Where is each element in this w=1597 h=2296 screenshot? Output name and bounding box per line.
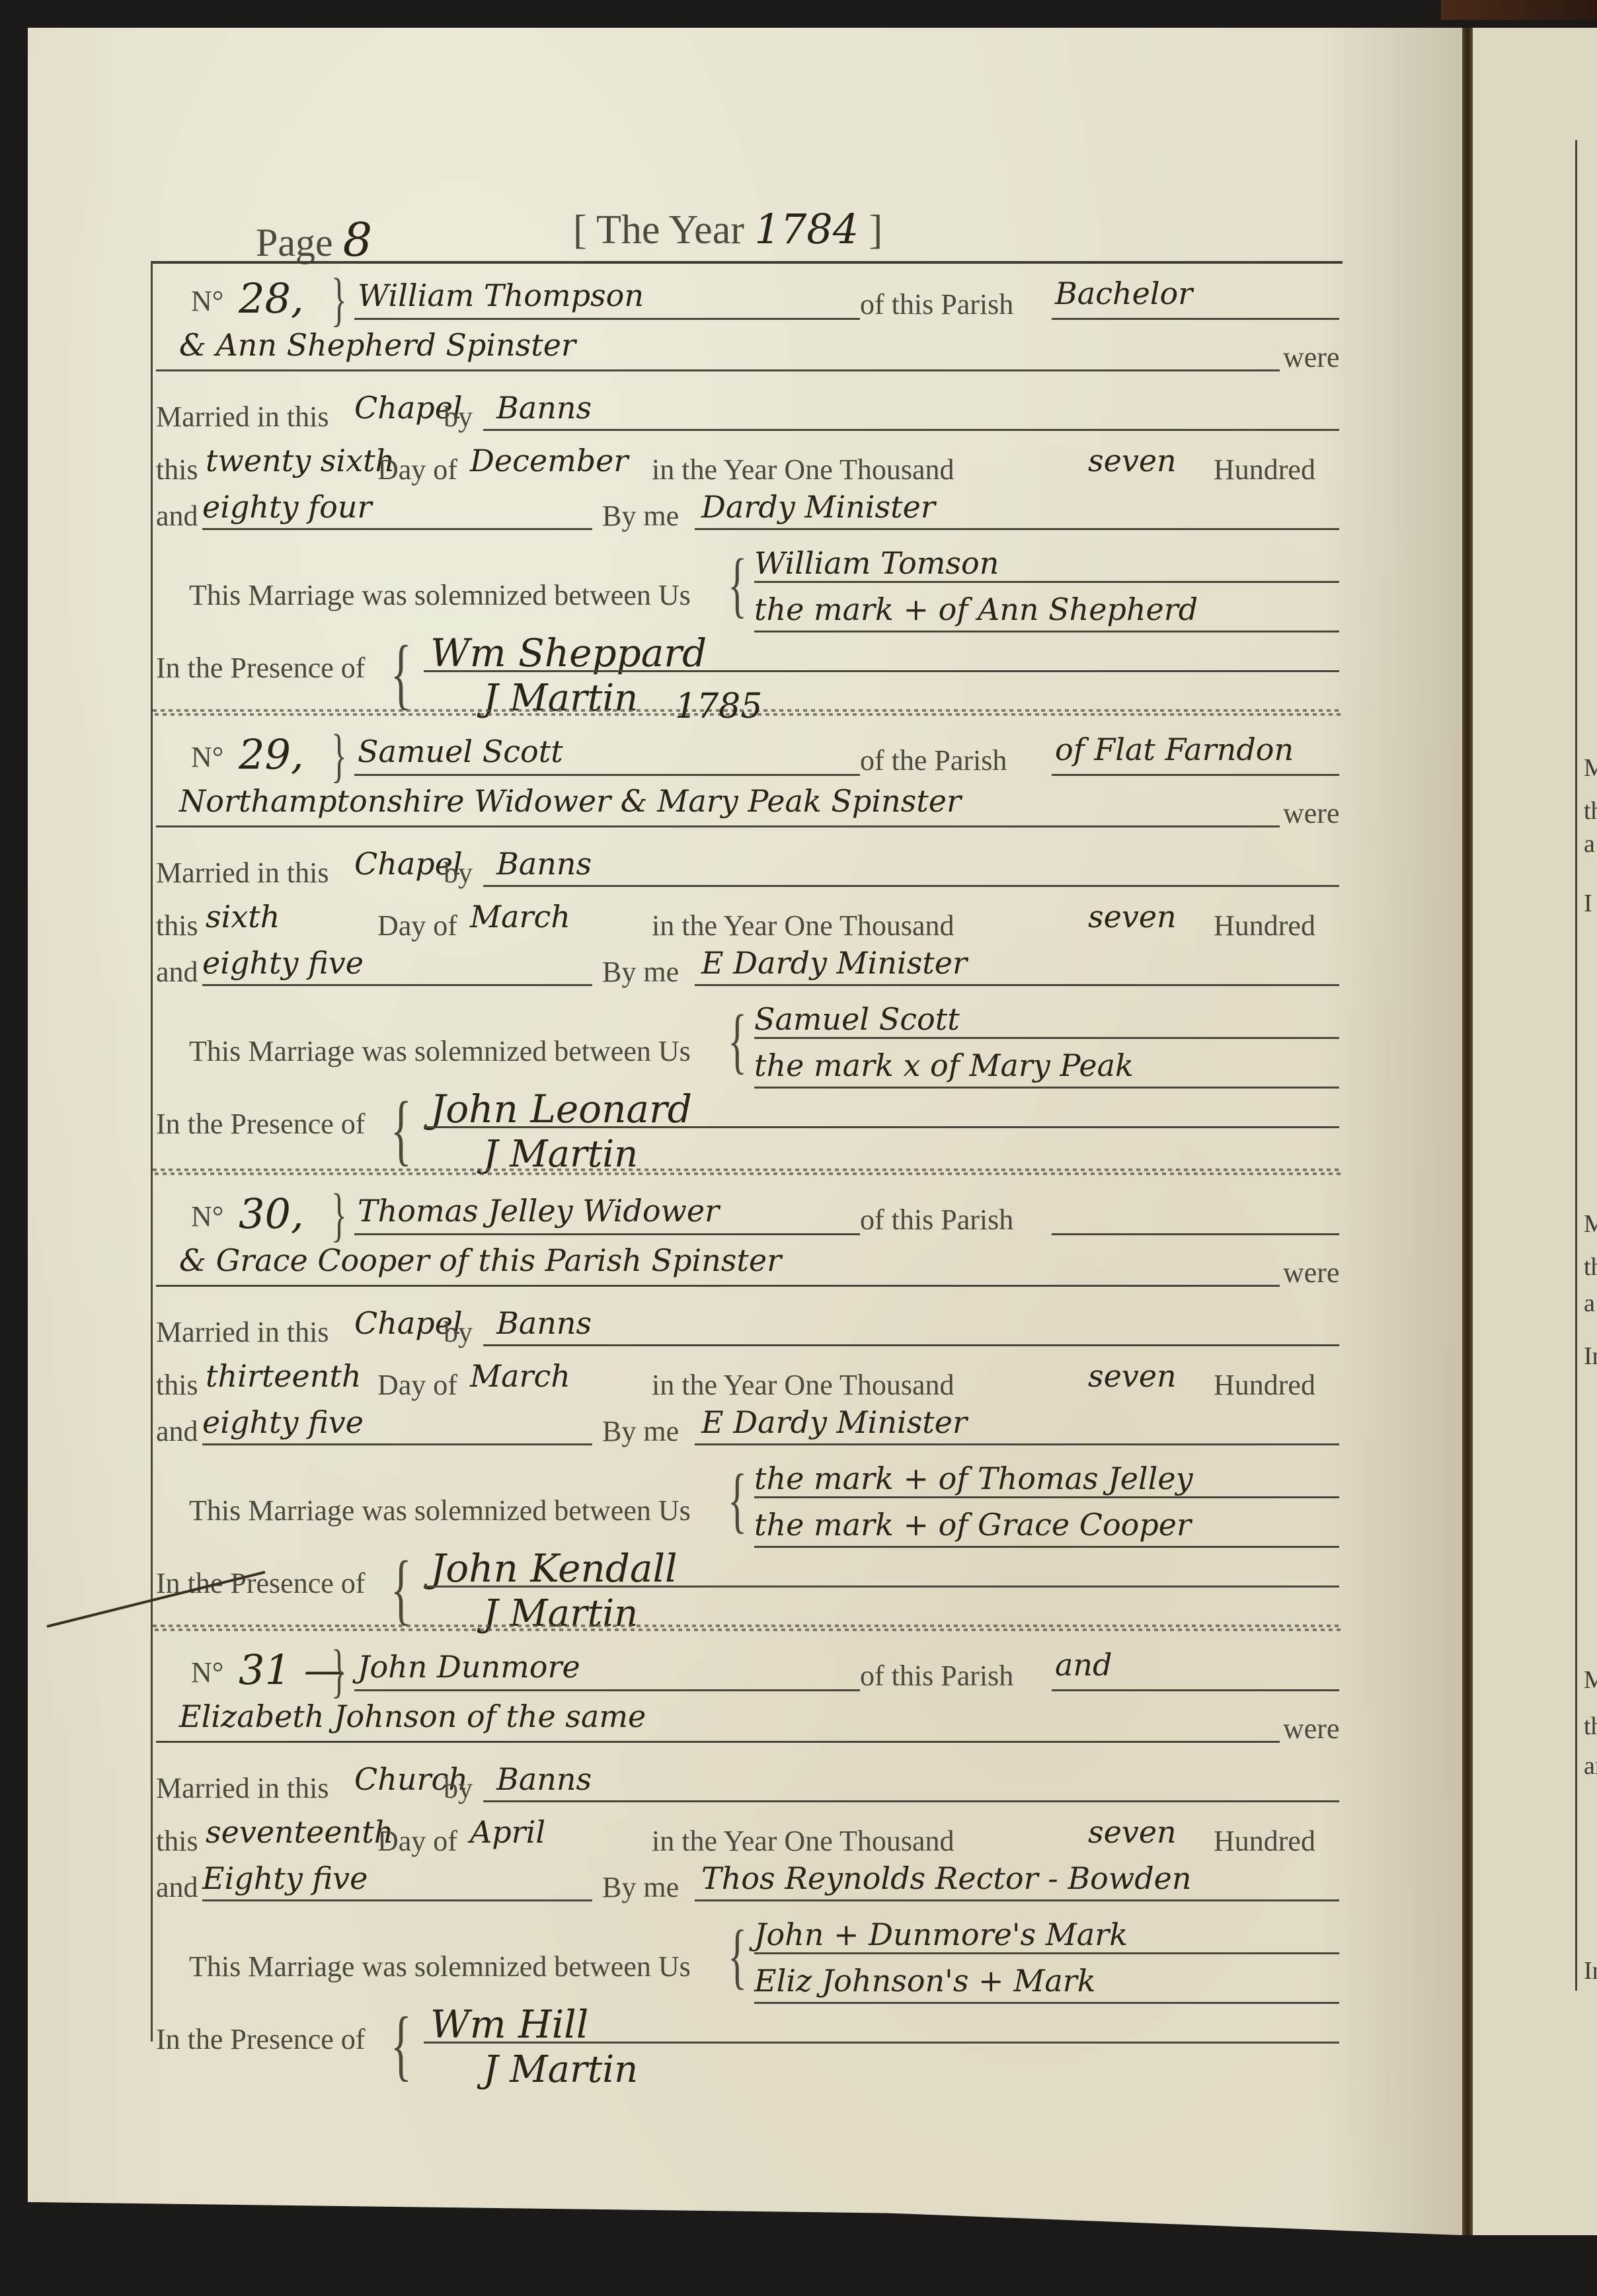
by-label: by	[444, 1318, 473, 1347]
marriage-month: December	[470, 445, 628, 476]
officiant: E Dardy Minister	[701, 948, 967, 978]
solemnized-label: This Marriage was solemnized between Us	[189, 1496, 691, 1525]
brace: {	[728, 1463, 747, 1536]
status-line	[1052, 1233, 1339, 1235]
groom-status: Bachelor	[1055, 278, 1192, 309]
bride-line: Elizabeth Johnson of the same	[179, 1701, 646, 1732]
were-label: were	[1283, 343, 1340, 372]
brace: }	[331, 726, 347, 786]
signature-2: the mark + of Ann Shepherd	[754, 594, 1198, 625]
by-label: by	[444, 402, 473, 432]
presence-label: In the Presence of	[156, 654, 365, 683]
bride-line: & Ann Shepherd Spinster	[179, 330, 576, 360]
bride-line: & Grace Cooper of this Parish Spinster	[179, 1245, 781, 1276]
marriage-by: Banns	[496, 393, 592, 423]
this-label: this	[156, 911, 198, 940]
witness-2: J Martin	[483, 2051, 638, 2088]
by-line	[483, 885, 1339, 887]
officiant: Thos Reynolds Rector - Bowden	[701, 1863, 1192, 1894]
groom-name: John Dunmore	[358, 1652, 580, 1682]
marriage-day: seventeenth	[206, 1817, 393, 1847]
brace: }	[331, 1186, 347, 1245]
brace: {	[391, 1090, 412, 1169]
by-line	[483, 429, 1339, 431]
marriage-by: Banns	[496, 1308, 592, 1338]
witness-1: Wm Hill	[430, 2005, 588, 2044]
signature-1: William Tomson	[754, 548, 999, 578]
adjacent-page-edge: MthaIMthaInMthanIn	[1473, 28, 1597, 2235]
marriage-month: April	[470, 1817, 545, 1847]
presence-label: In the Presence of	[156, 1110, 365, 1139]
groom-line	[354, 1689, 860, 1691]
by-me-label: By me	[602, 1417, 679, 1446]
married-in-label: Married in this	[156, 1774, 329, 1803]
signature-2-line	[754, 2002, 1339, 2004]
entry-number-prefix: N°	[191, 1658, 223, 1687]
groom-name: William Thompson	[358, 280, 644, 311]
signature-2: the mark + of Grace Cooper	[754, 1510, 1191, 1540]
ornamental-separator	[153, 1167, 1343, 1176]
year-hundreds: seven	[1088, 1817, 1177, 1847]
signature-1-line	[754, 1496, 1339, 1498]
parish-label: of this Parish	[860, 1662, 1013, 1691]
witness-1-line	[424, 1126, 1339, 1128]
parish-label: of this Parish	[860, 1205, 1013, 1235]
groom-line	[354, 318, 860, 320]
year-remainder: eighty five	[202, 948, 364, 978]
signature-1-line	[754, 1037, 1339, 1039]
year-remainder: eighty five	[202, 1407, 364, 1437]
by-line	[483, 1800, 1339, 1802]
marriage-entry: N° 28, } William Thompson of this Parish…	[153, 264, 1343, 720]
groom-name: Thomas Jelley Widower	[358, 1196, 719, 1226]
married-in-label: Married in this	[156, 1318, 329, 1347]
signature-1: the mark + of Thomas Jelley	[754, 1463, 1193, 1494]
day-of-label: Day of	[377, 911, 457, 940]
groom-name: Samuel Scott	[358, 736, 563, 767]
witness-1: John Kendall	[430, 1549, 678, 1588]
signature-1: John + Dunmore's Mark	[754, 1919, 1128, 1950]
signature-1-line	[754, 1952, 1339, 1954]
adjacent-page-text-fragment: I	[1584, 889, 1592, 918]
bride-underline	[156, 1285, 1280, 1287]
were-label: were	[1283, 799, 1340, 828]
and-label: and	[156, 502, 198, 531]
bride-underline	[156, 1741, 1280, 1743]
entry-number-prefix: N°	[191, 743, 223, 772]
book-gutter	[1462, 28, 1473, 2235]
groom-line	[354, 774, 860, 776]
day-of-label: Day of	[377, 1371, 457, 1400]
adjacent-page-text-fragment: th	[1584, 1252, 1597, 1282]
adjacent-page-rule	[1575, 140, 1577, 1991]
marriage-day: sixth	[206, 901, 280, 932]
marriage-day: thirteenth	[206, 1361, 361, 1391]
officiant-line	[695, 1443, 1339, 1445]
brace: {	[728, 1004, 747, 1077]
brace: {	[728, 548, 747, 621]
marriage-by: Banns	[496, 849, 592, 879]
signature-2: the mark x of Mary Peak	[754, 1050, 1134, 1081]
register-table: N° 28, } William Thompson of this Parish…	[151, 261, 1343, 2042]
bride-line: Northamptonshire Widower & Mary Peak Spi…	[179, 786, 961, 816]
witness-1: Wm Sheppard	[430, 634, 707, 672]
parish-label: of the Parish	[860, 746, 1007, 775]
officiant: Dardy Minister	[701, 492, 935, 522]
adjacent-page-text-fragment: M	[1584, 753, 1597, 783]
status-line	[1052, 774, 1339, 776]
signature-1-line	[754, 581, 1339, 583]
year-close-bracket: ]	[869, 208, 883, 252]
this-label: this	[156, 1827, 198, 1856]
signature-2-line	[754, 1546, 1339, 1548]
officiant-line	[695, 1899, 1339, 1901]
status-line	[1052, 318, 1339, 320]
entry-number: 28,	[239, 278, 304, 319]
page-number-label: Page 8	[256, 213, 372, 267]
signature-2-line	[754, 631, 1339, 632]
marriage-by: Banns	[496, 1764, 592, 1794]
marriage-month: March	[470, 901, 570, 932]
solemnized-label: This Marriage was solemnized between Us	[189, 1037, 691, 1066]
entry-number: 31 —	[239, 1650, 345, 1691]
year-label: [ The Year	[573, 208, 744, 252]
year-rest-line	[202, 984, 592, 986]
year-phrase-label: in the Year One Thousand	[652, 1371, 954, 1400]
year-phrase-label: in the Year One Thousand	[652, 911, 954, 940]
witness-1-line	[424, 670, 1339, 672]
bride-underline	[156, 825, 1280, 827]
and-label: and	[156, 1873, 198, 1902]
brace: }	[331, 270, 347, 330]
by-me-label: By me	[602, 1873, 679, 1902]
by-me-label: By me	[602, 502, 679, 531]
page-label: Page	[256, 221, 333, 264]
hundred-label: Hundred	[1214, 1371, 1315, 1400]
entry-number-prefix: N°	[191, 1202, 223, 1231]
witness-1-line	[424, 1586, 1339, 1588]
officiant-line	[695, 984, 1339, 986]
hundred-label: Hundred	[1214, 911, 1315, 940]
groom-status: of Flat Farndon	[1055, 734, 1294, 765]
year-remainder: Eighty five	[202, 1863, 368, 1894]
marriage-month: March	[470, 1361, 570, 1391]
marriage-day: twenty sixth	[206, 445, 395, 476]
solemnized-label: This Marriage was solemnized between Us	[189, 1952, 691, 1981]
year-value: 1784	[754, 205, 859, 253]
married-in-label: Married in this	[156, 859, 329, 888]
by-me-label: By me	[602, 958, 679, 987]
ornamental-separator	[153, 1623, 1343, 1632]
and-label: and	[156, 958, 198, 987]
by-line	[483, 1344, 1339, 1346]
entry-number: 29,	[239, 734, 304, 775]
brace: {	[391, 634, 412, 713]
were-label: were	[1283, 1258, 1340, 1287]
year-rest-line	[202, 1443, 592, 1445]
book-binding-edge	[1441, 0, 1597, 20]
solemnized-label: This Marriage was solemnized between Us	[189, 581, 691, 610]
signature-1: Samuel Scott	[754, 1004, 960, 1034]
entry-number-prefix: N°	[191, 287, 223, 316]
groom-line	[354, 1233, 860, 1235]
officiant-line	[695, 528, 1339, 530]
by-label: by	[444, 1774, 473, 1803]
brace: {	[728, 1919, 747, 1992]
year-phrase-label: in the Year One Thousand	[652, 1827, 954, 1856]
hundred-label: Hundred	[1214, 455, 1315, 484]
bride-underline	[156, 369, 1280, 371]
year-rest-line	[202, 1899, 592, 1901]
married-in-label: Married in this	[156, 402, 329, 432]
entry-number: 30,	[239, 1194, 304, 1235]
presence-label: In the Presence of	[156, 2025, 365, 2054]
adjacent-page-text-fragment: a	[1584, 829, 1595, 859]
year-rest-line	[202, 528, 592, 530]
day-of-label: Day of	[377, 1827, 457, 1856]
adjacent-page-text-fragment: a	[1584, 1289, 1595, 1318]
officiant: E Dardy Minister	[701, 1407, 967, 1437]
status-line	[1052, 1689, 1339, 1691]
signature-2-line	[754, 1087, 1339, 1089]
year-phrase-label: in the Year One Thousand	[652, 455, 954, 484]
marriage-entry: N° 30, } Thomas Jelley Widower of this P…	[153, 1179, 1343, 1635]
adjacent-page-text-fragment: an	[1584, 1751, 1597, 1780]
adjacent-page-text-fragment: th	[1584, 1712, 1597, 1741]
year-hundreds: seven	[1088, 445, 1177, 476]
brace: }	[331, 1642, 347, 1701]
adjacent-page-text-fragment: th	[1584, 796, 1597, 825]
this-label: this	[156, 1371, 198, 1400]
page-number: 8	[343, 213, 373, 267]
witness-1-line	[424, 2042, 1339, 2044]
year-annotation: 1785	[675, 687, 762, 726]
signature-2: Eliz Johnson's + Mark	[754, 1966, 1096, 1996]
year-remainder: eighty four	[202, 492, 371, 522]
adjacent-page-text-fragment: M	[1584, 1665, 1597, 1695]
were-label: were	[1283, 1714, 1340, 1743]
year-hundreds: seven	[1088, 1361, 1177, 1391]
groom-status: and	[1055, 1650, 1112, 1680]
adjacent-page-text-fragment: In	[1584, 1956, 1597, 1985]
year-heading: [ The Year 1784 ]	[573, 205, 882, 254]
year-hundreds: seven	[1088, 901, 1177, 932]
and-label: and	[156, 1417, 198, 1446]
brace: {	[391, 2005, 412, 2085]
brace: {	[391, 1549, 412, 1628]
marriage-entry: N° 29, } Samuel Scott of the Parish of F…	[153, 720, 1343, 1176]
marriage-entry: N° 31 — } John Dunmore of this Parish an…	[153, 1635, 1343, 2091]
day-of-label: Day of	[377, 455, 457, 484]
adjacent-page-text-fragment: In	[1584, 1342, 1597, 1371]
adjacent-page-text-fragment: M	[1584, 1209, 1597, 1239]
parish-label: of this Parish	[860, 290, 1013, 319]
hundred-label: Hundred	[1214, 1827, 1315, 1856]
this-label: this	[156, 455, 198, 484]
witness-1: John Leonard	[430, 1090, 692, 1128]
by-label: by	[444, 859, 473, 888]
